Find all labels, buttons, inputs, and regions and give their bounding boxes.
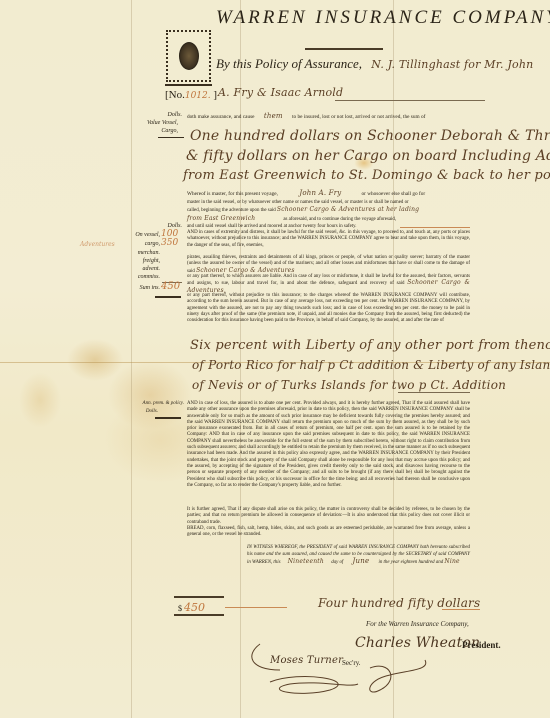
premium-script-line-2: of Porto Rico for half p Ct addition & L… — [192, 358, 550, 372]
perils-paragraph-3: or any part thereof, to which assurers a… — [187, 274, 470, 295]
for-company-text: For the Warren Insurance Company, — [366, 620, 469, 628]
adventure-note: Adventures — [80, 241, 115, 248]
amount-words-underline — [442, 609, 480, 610]
perils-paragraph-4: or any part thereof, without prejudice t… — [187, 293, 470, 324]
insured-underline — [335, 100, 485, 101]
commiss-label: commiss. — [130, 274, 160, 280]
amount-value: 450 — [184, 601, 205, 614]
amount-rule-top — [174, 596, 224, 598]
bleed-through-text-1 — [5, 645, 8, 655]
premium-script-line-1: Six percent with Liberty of any other po… — [190, 338, 550, 353]
sum-ins-value: 450 — [161, 281, 180, 292]
premium-underline — [398, 392, 470, 393]
insured-name-line2: A. Fry & Isaac Arnold — [218, 86, 343, 99]
moored-underline — [400, 227, 470, 228]
ann-dolls-label: Dolls. — [140, 409, 158, 414]
advent-label: advent. — [130, 266, 160, 272]
witness-year: Nine — [444, 558, 459, 565]
dolls-label: Dolls. — [150, 112, 182, 118]
president-title: President. — [462, 640, 501, 650]
sum-ins-label: Sum ins. — [130, 285, 160, 291]
value-vessel-label: Value Vessel, — [130, 120, 178, 126]
signature-flourish-icon — [240, 640, 440, 700]
master-name: John A. Fry — [299, 189, 341, 197]
sum-script-line-3: from East Greenwich to St. Domingo & bac… — [183, 168, 550, 183]
witness-month: June — [353, 557, 370, 565]
cargo-value: 350 — [161, 238, 178, 248]
title-rule — [305, 48, 383, 50]
dispute-paragraph: It is further agreed, That if any disput… — [187, 507, 470, 526]
policy-number-rule — [165, 84, 212, 86]
witness-paragraph: IN WITNESS WHEREOF, the PRESIDENT of sai… — [247, 545, 470, 567]
amount-underline — [225, 607, 287, 608]
witness-day: Nineteenth — [288, 558, 324, 565]
perils-paragraph-2: pirates, assailing thieves, restraints a… — [187, 255, 470, 275]
perishable-paragraph: BREAD, corn, flaxseed, fish, salt, hemp,… — [187, 526, 470, 539]
ann-prem-label: Ann. prem. & policy. — [128, 401, 184, 406]
value-rule — [158, 137, 184, 138]
ship-seal-icon — [166, 30, 211, 82]
amount-words: Four hundred fifty dollars — [318, 596, 480, 610]
assurance-prefix: By this Policy of Assurance, — [216, 56, 362, 71]
sum-script-line-2: & fifty dollars on her Cargo on board In… — [186, 148, 550, 164]
from-value: from East Greenwich — [187, 215, 255, 222]
assurance-heading: By this Policy of Assurance, N. J. Tilli… — [216, 56, 533, 72]
cause-value: them — [264, 112, 283, 120]
cargo-label: Cargo, — [140, 128, 178, 134]
merchan-label: merchan. — [130, 250, 160, 256]
amount-box: $450 — [178, 601, 205, 614]
policy-number-value: 1012. — [185, 91, 211, 101]
freight-label: freight, — [130, 258, 160, 264]
perils-paragraph-1: AND in cases of extremity and distress, … — [187, 230, 470, 249]
on-vessel-label: On vessel, — [130, 232, 160, 238]
insured-name-line1: N. J. Tillinghast for Mr. John — [371, 58, 533, 71]
loss-paragraph: AND in case of loss, the assured is to a… — [187, 401, 470, 489]
fold-line-vertical-left — [131, 0, 132, 718]
called-value: Schooner Cargo & Adventures at her ladin… — [277, 206, 419, 213]
insurance-policy-document: WARREN INSURANCE COMPANY. By this Policy… — [0, 0, 550, 718]
cargo-margin-label: cargo, — [130, 241, 160, 247]
company-title: WARREN INSURANCE COMPANY. — [216, 7, 550, 29]
ann-prem-rule — [155, 417, 181, 419]
sum-script-line-1: One hundred dollars on Schooner Deborah … — [190, 128, 550, 144]
premium-script-line-3: of Nevis or of Turks Islands for two p C… — [192, 378, 506, 392]
assurance-line: doth make assurance, and cause them to b… — [187, 113, 425, 122]
damage-value: Schooner Cargo & Adventures — [196, 267, 295, 274]
amount-rule-bottom — [174, 614, 224, 616]
sum-ins-rule — [155, 296, 181, 298]
policy-number: [No.1012. ] — [165, 89, 217, 101]
whereof-block: Whereof is master, for this present voya… — [187, 190, 470, 231]
